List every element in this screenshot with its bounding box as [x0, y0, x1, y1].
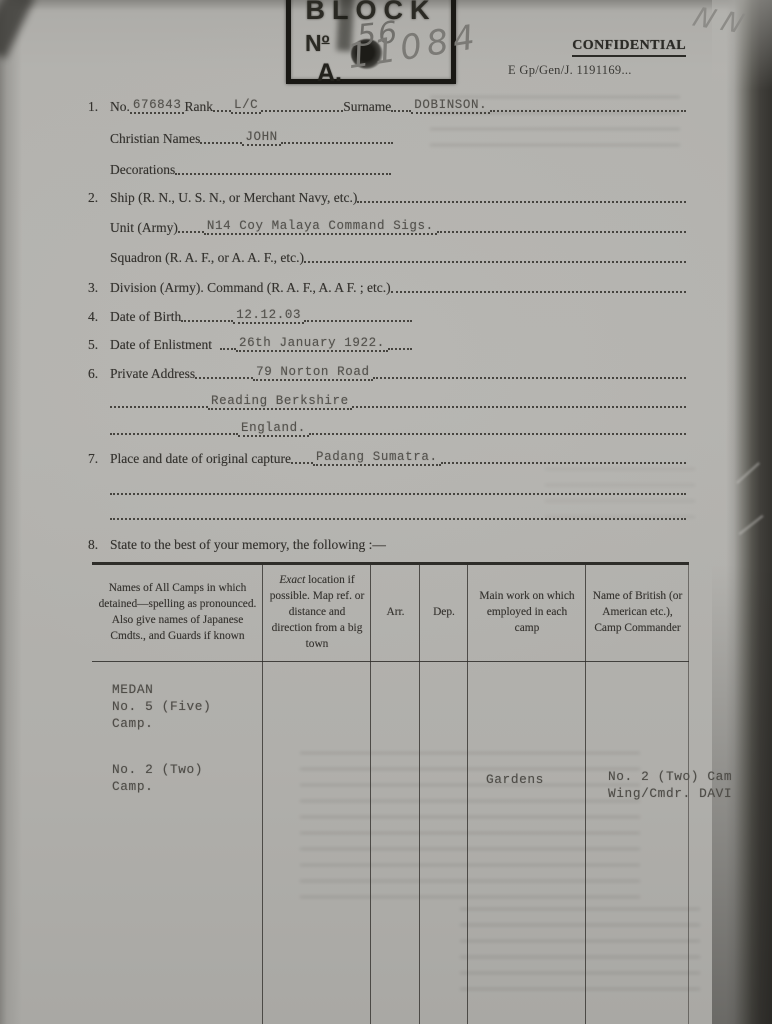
camp-entry-1: MEDAN No. 5 (Five) Camp. — [112, 681, 211, 732]
classification-header: CONFIDENTIAL E Gp/Gen/J. 1191169... — [500, 36, 686, 78]
field-date-of-birth: 4. Date of Birth 12.12.03 — [88, 305, 686, 325]
dotted-leader — [357, 201, 686, 203]
field-place-of-capture: 7. Place and date of original capture Pa… — [88, 447, 686, 467]
dotted-leader — [304, 261, 686, 263]
camps-table: Names of All Camps in which detained—spe… — [92, 562, 689, 1024]
commander-entry-2: No. 2 (Two) Cam Wing/Cmdr. DAVI — [608, 768, 732, 802]
enlistment-label: Date of Enlistment — [110, 337, 212, 353]
dotted-leader — [291, 462, 313, 464]
dotted-leader — [200, 142, 242, 144]
header-location: Exact location if possible. Map ref. or … — [263, 565, 371, 661]
blank-dotted-line — [88, 503, 686, 523]
dotted-leader — [178, 231, 204, 233]
field-number: 3. — [88, 280, 110, 296]
dotted-leader — [437, 231, 686, 233]
unit-value: N14 Coy Malaya Command Sigs. — [204, 220, 437, 235]
dotted-leader — [110, 493, 686, 495]
capture-label: Place and date of original capture — [110, 451, 291, 467]
surname-value: DOBINSON. — [411, 99, 490, 114]
christian-names-label: Christian Names — [110, 131, 200, 147]
field-decorations: Decorations — [88, 158, 686, 178]
field-private-address: 6. Private Address 79 Norton Road — [88, 362, 686, 382]
no-label: No. — [110, 99, 130, 115]
field-number-rank-surname: 1. No. 676843 Rank L/C Surname DOBINSON. — [88, 95, 686, 115]
field-address-line3: England. — [88, 418, 686, 438]
field-division-command: 3. Division (Army). Command (R. A. F., A… — [88, 276, 686, 296]
dotted-leader — [195, 377, 253, 379]
dotted-leader — [391, 291, 686, 293]
field-number: 2. — [88, 190, 110, 206]
page-right-edge-gradient — [712, 0, 772, 1024]
dotted-leader — [490, 110, 686, 112]
dotted-leader — [110, 518, 686, 520]
block-number-stamp: BLOCK No A. 56 11084 — [286, 0, 456, 84]
dotted-leader — [441, 462, 686, 464]
surname-label: Surname — [343, 99, 391, 115]
scan-left-edge — [0, 0, 22, 1024]
dotted-leader — [213, 110, 231, 112]
dotted-leader — [388, 348, 412, 350]
field-address-line2: Reading Berkshire — [88, 391, 686, 411]
christian-names-value: JOHN — [242, 131, 280, 146]
dotted-leader — [309, 433, 686, 435]
address-value-line3: England. — [238, 422, 309, 437]
header-camp-commander: Name of British (or American etc.), Camp… — [586, 565, 689, 661]
address-label: Private Address — [110, 366, 195, 382]
header-departure: Dep. — [420, 565, 468, 661]
field-number: 8. — [88, 537, 110, 553]
memory-statement-label: State to the best of your memory, the fo… — [110, 537, 386, 553]
enlistment-value: 26th January 1922. — [236, 337, 388, 352]
service-number-value: 676843 — [130, 99, 185, 114]
table-header-row: Names of All Camps in which detained—spe… — [92, 565, 689, 662]
address-value-line1: 79 Norton Road — [253, 366, 372, 381]
field-number: 7. — [88, 451, 110, 467]
dotted-leader — [220, 348, 236, 350]
date-of-birth-label: Date of Birth — [110, 309, 181, 325]
decorations-label: Decorations — [110, 162, 175, 178]
dotted-leader — [304, 320, 412, 322]
rank-value: L/C — [231, 99, 261, 114]
field-number: 4. — [88, 309, 110, 325]
field-christian-names: Christian Names JOHN — [88, 127, 686, 147]
date-of-birth-value: 12.12.03 — [233, 309, 304, 324]
dotted-leader — [110, 406, 208, 408]
rank-label: Rank — [184, 99, 213, 115]
dotted-leader — [391, 110, 411, 112]
scanned-document-page: BLOCK No A. 56 11084 NN CONFIDENTIAL E G… — [0, 0, 772, 1024]
field-ship: 2. Ship (R. N., U. S. N., or Merchant Na… — [88, 186, 686, 206]
squadron-label: Squadron (R. A. F., or A. A. F., etc.) — [110, 250, 304, 266]
dotted-leader — [110, 433, 238, 435]
field-unit-army: Unit (Army) N14 Coy Malaya Command Sigs. — [88, 216, 686, 236]
dotted-leader — [352, 406, 686, 408]
header-main-work: Main work on which employed in each camp — [468, 565, 586, 661]
reference-number: E Gp/Gen/J. 1191169... — [500, 63, 686, 78]
header-arrival: Arr. — [371, 565, 420, 661]
address-value-line2: Reading Berkshire — [208, 395, 352, 410]
dotted-leader — [181, 320, 233, 322]
dotted-leader — [261, 110, 343, 112]
field-date-of-enlistment: 5. Date of Enlistment 26th January 1922. — [88, 333, 686, 353]
dotted-leader — [373, 377, 686, 379]
work-entry-2: Gardens — [486, 771, 544, 788]
ship-label: Ship (R. N., U. S. N., or Merchant Navy,… — [110, 190, 357, 206]
dotted-leader — [175, 173, 391, 175]
header-camps: Names of All Camps in which detained—spe… — [92, 565, 263, 661]
capture-value: Padang Sumatra. — [313, 451, 441, 466]
field-number: 1. — [88, 99, 110, 115]
dotted-leader — [281, 142, 393, 144]
field-8-instruction: 8. State to the best of your memory, the… — [88, 533, 686, 553]
camp-entry-2: No. 2 (Two) Camp. — [112, 761, 203, 795]
field-number: 5. — [88, 337, 110, 353]
blank-dotted-line — [88, 478, 686, 498]
field-number: 6. — [88, 366, 110, 382]
confidential-label: CONFIDENTIAL — [572, 38, 686, 57]
field-squadron: Squadron (R. A. F., or A. A. F., etc.) — [88, 246, 686, 266]
division-label: Division (Army). Command (R. A. F., A. A… — [110, 280, 391, 296]
unit-label: Unit (Army) — [110, 220, 178, 236]
